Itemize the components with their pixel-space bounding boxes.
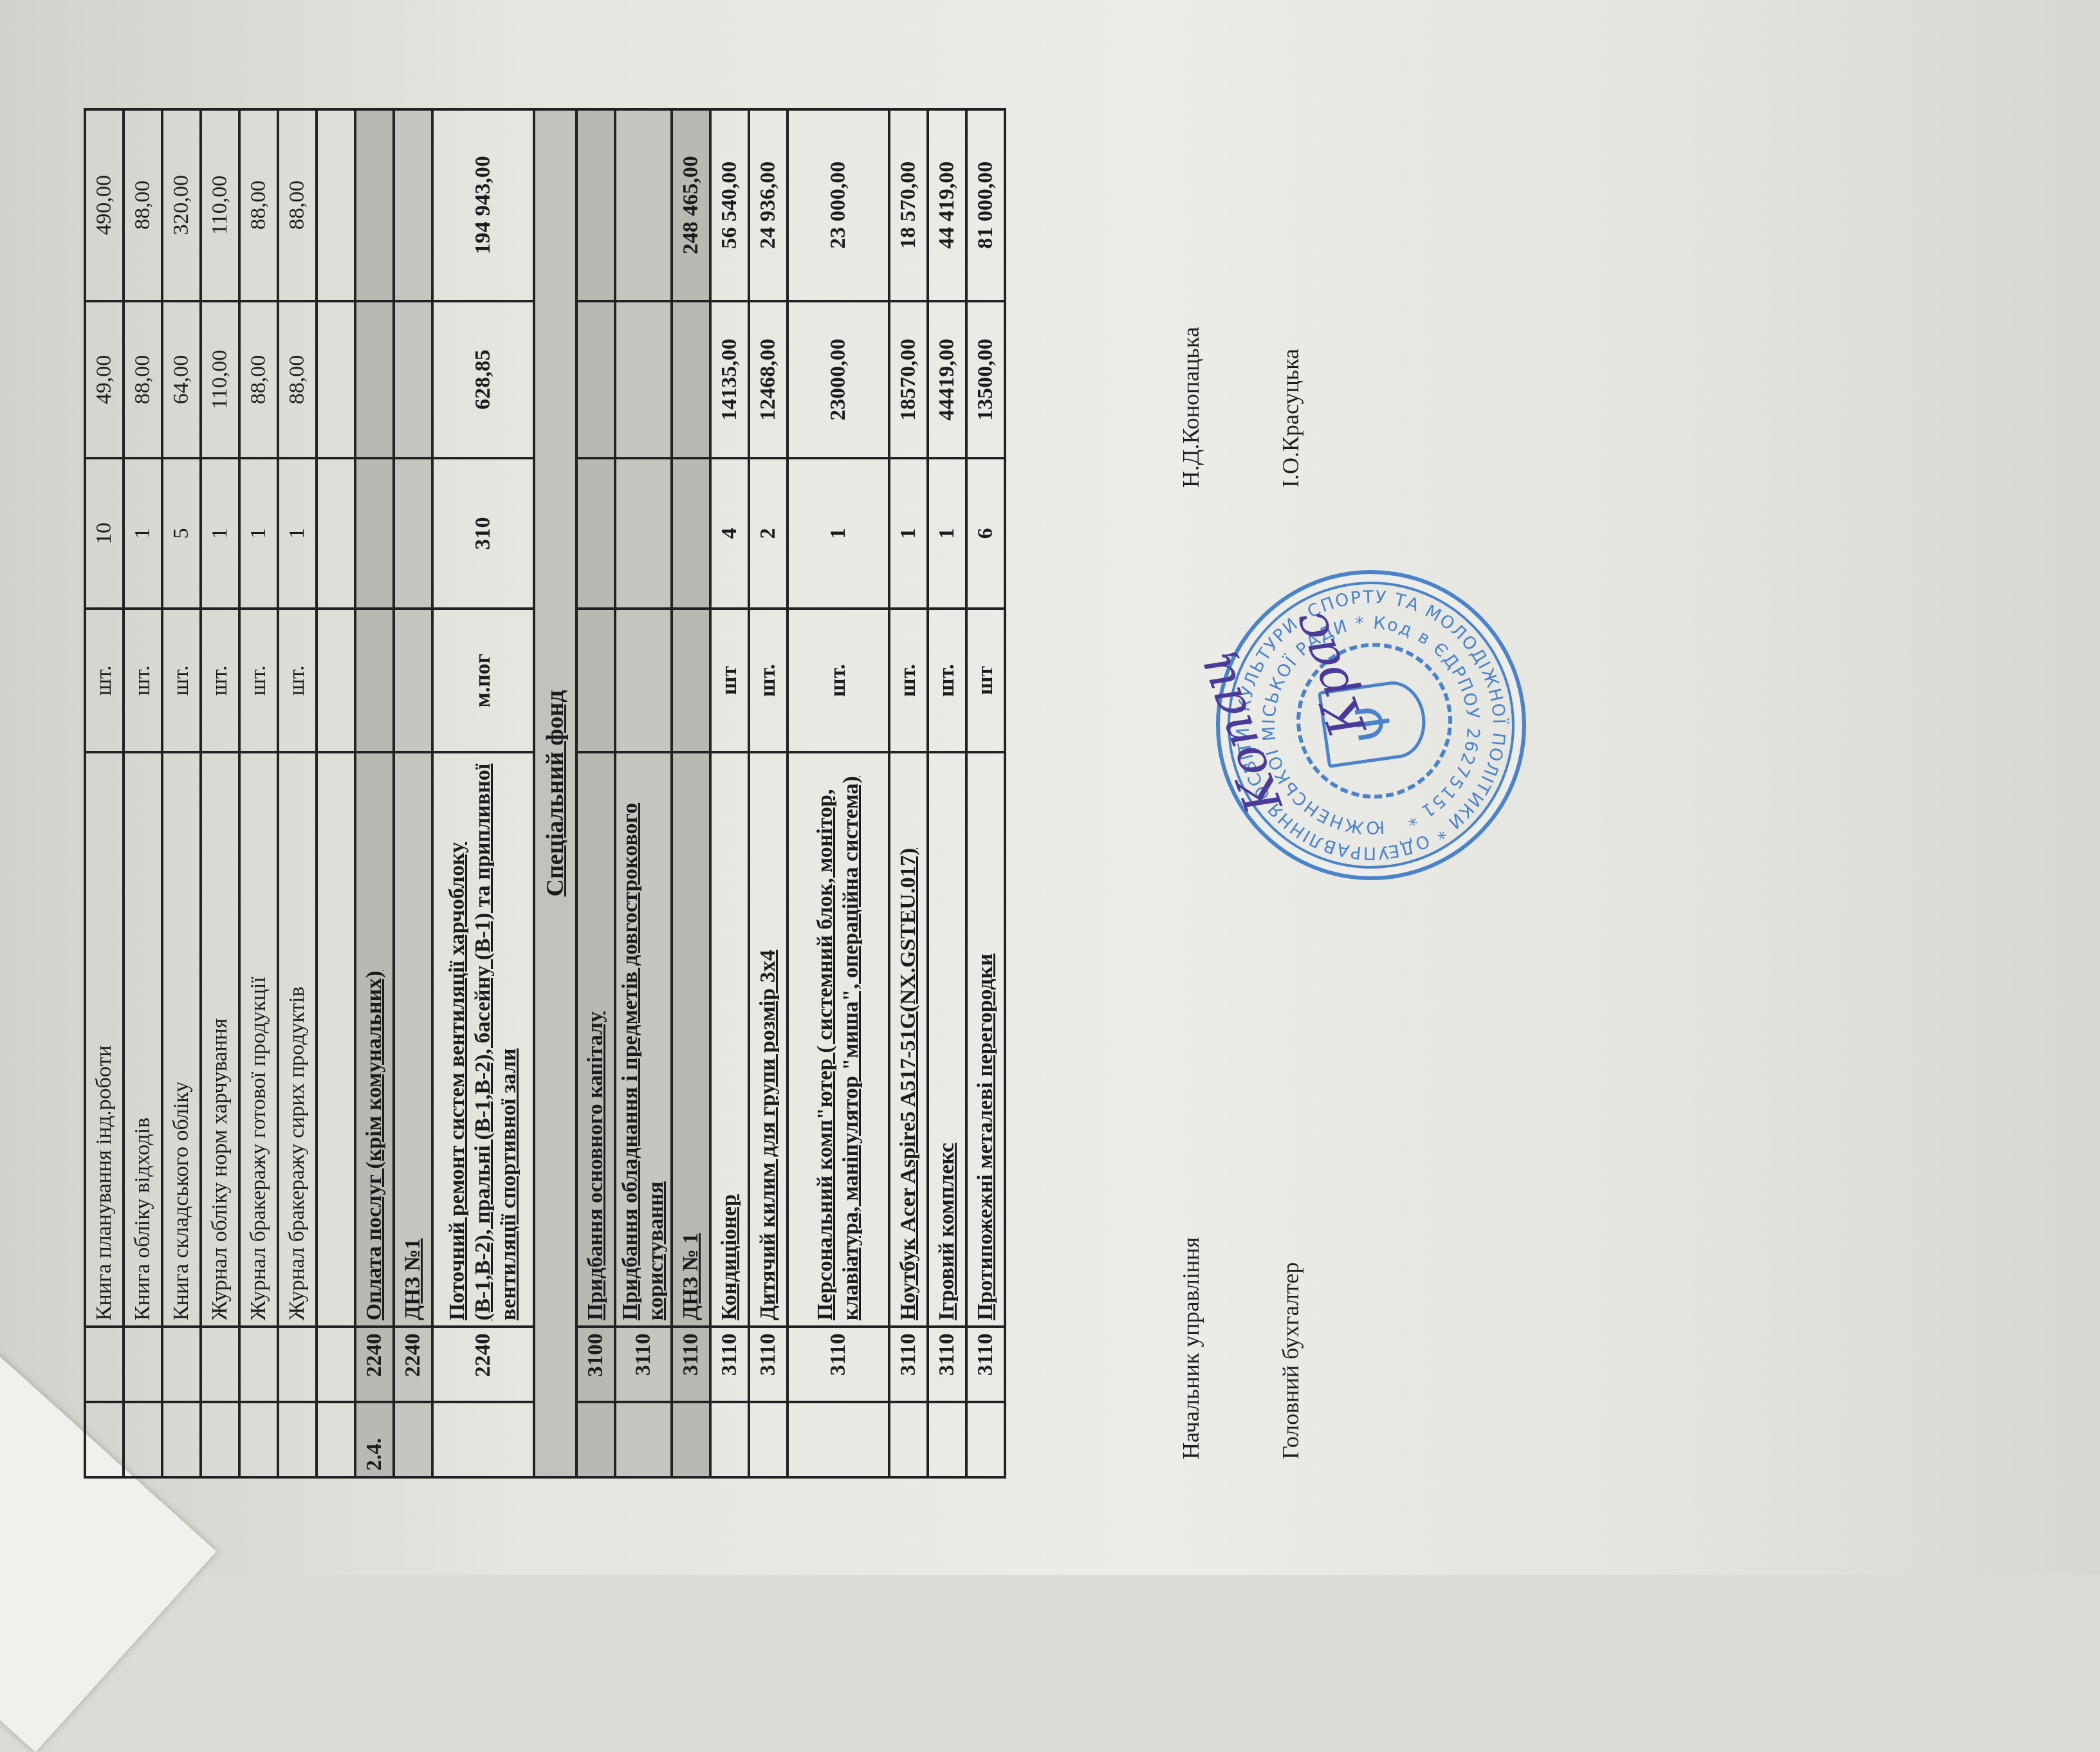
cell-quantity: 10 [85, 458, 124, 609]
cell-unit: шт. [787, 609, 889, 752]
cell-unit: шт [966, 609, 1005, 752]
cell-sum: 81 000,00 [966, 109, 1005, 301]
accountant-title: Головний бухгалтер [1277, 1262, 1304, 1459]
cell-index [394, 1402, 432, 1477]
cell-sum: 88,00 [239, 109, 278, 301]
cell-unit: шт. [889, 609, 928, 752]
cell-index [966, 1402, 1005, 1477]
cell-sum: 88,00 [124, 109, 162, 301]
cell-price: 88,00 [278, 301, 317, 458]
cell-kekv-code: 3110 [749, 1327, 787, 1402]
cell-index [615, 1402, 672, 1477]
cell-unit: шт. [162, 609, 201, 752]
cell-kekv-code [162, 1327, 201, 1402]
cell-index [889, 1402, 928, 1477]
cell-quantity: 1 [928, 458, 966, 609]
table-row: 3110Дитячий килим для групи розмір 3х4шт… [749, 109, 787, 1477]
cell-unit: шт. [749, 609, 787, 752]
cell-price: 12468,00 [749, 301, 787, 458]
head-name: Н.Д.Конопацька [1177, 327, 1204, 488]
cell-index [317, 1402, 355, 1477]
table-row: 3110Ігровий комплексшт.144419,0044 419,0… [928, 109, 966, 1477]
cell-quantity: 4 [710, 458, 749, 609]
table-row: Книга обліку відходівшт.188,0088,00 [124, 109, 162, 1477]
accountant-name: І.О.Красуцька [1277, 349, 1304, 488]
cell-item-name: Персональний комп"ютер ( системний блок,… [787, 752, 889, 1327]
cell-item-name: Протипожежні металеві перегородки [966, 752, 1005, 1327]
cell-index [124, 1402, 162, 1477]
cell-index [576, 1402, 615, 1477]
table-row: 3110Придбання обладнання і предметів дов… [615, 109, 672, 1477]
cell-kekv-code: 3110 [966, 1327, 1005, 1402]
cell-unit: шт. [928, 609, 966, 752]
special-fund-header: Спеціальний фонд [534, 109, 576, 1477]
cell-price [672, 301, 710, 458]
table-row: Журнал бракеражу готової продукціїшт.188… [239, 109, 278, 1477]
cell-unit: шт. [278, 609, 317, 752]
cell-quantity: 1 [201, 458, 239, 609]
cell-item-name: Журнал обліку норм харчування [201, 752, 239, 1327]
table-row: 2240ДНЗ №1 [394, 109, 432, 1477]
cell-index [239, 1402, 278, 1477]
table-row [317, 109, 355, 1477]
cell-price: 49,00 [85, 301, 124, 458]
cell-sum: 194 943,00 [432, 109, 534, 301]
table-row: Журнал обліку норм харчуванняшт.1110,001… [201, 109, 239, 1477]
table-row: 3100Придбання основного капіталу [576, 109, 615, 1477]
cell-quantity [394, 458, 432, 609]
cell-item-name: Кондиціонер [710, 752, 749, 1327]
cell-sum: 18 570,00 [889, 109, 928, 301]
table-row: 3110Ноутбук Acer Aspire5 A517-51G(NX.GST… [889, 109, 928, 1477]
cell-index [928, 1402, 966, 1477]
cell-price: 88,00 [239, 301, 278, 458]
cell-price: 110,00 [201, 301, 239, 458]
budget-table: Книга планування інд.роботишт.1049,00490… [84, 108, 1006, 1479]
cell-unit: шт. [239, 609, 278, 752]
cell-quantity: 1 [124, 458, 162, 609]
cell-unit [317, 609, 355, 752]
table-row: 3110ДНЗ № 1248 465,00 [672, 109, 710, 1477]
cell-quantity [355, 458, 394, 609]
cell-item-name: Книга планування інд.роботи [85, 752, 124, 1327]
cell-kekv-code: 3110 [889, 1327, 928, 1402]
cell-item-name: Дитячий килим для групи розмір 3х4 [749, 752, 787, 1327]
cell-item-name: ДНЗ №1 [394, 752, 432, 1327]
table-row: 2.4.2240Оплата послуг (крім комунальних) [355, 109, 394, 1477]
cell-item-name: Поточний ремонт систем вентиляції харчоб… [432, 752, 534, 1327]
head-title: Начальник управління [1177, 1237, 1204, 1459]
cell-index [710, 1402, 749, 1477]
cell-price: 64,00 [162, 301, 201, 458]
cell-item-name: ДНЗ № 1 [672, 752, 710, 1327]
cell-price: 23000,00 [787, 301, 889, 458]
cell-quantity: 310 [432, 458, 534, 609]
cell-index [672, 1402, 710, 1477]
cell-price [576, 301, 615, 458]
cell-quantity: 2 [749, 458, 787, 609]
cell-kekv-code [85, 1327, 124, 1402]
cell-sum: 56 540,00 [710, 109, 749, 301]
cell-index [278, 1402, 317, 1477]
cell-price [615, 301, 672, 458]
cell-kekv-code: 2240 [432, 1327, 534, 1402]
cell-sum: 490,00 [85, 109, 124, 301]
cell-index [749, 1402, 787, 1477]
special-fund-title: Спеціальний фонд [534, 109, 576, 1477]
cell-kekv-code [239, 1327, 278, 1402]
cell-sum [576, 109, 615, 301]
cell-kekv-code: 2240 [394, 1327, 432, 1402]
cell-kekv-code: 3110 [672, 1327, 710, 1402]
cell-quantity: 1 [889, 458, 928, 609]
cell-kekv-code [317, 1327, 355, 1402]
cell-unit: м.пог [432, 609, 534, 752]
table-row: 2240Поточний ремонт систем вентиляції ха… [432, 109, 534, 1477]
cell-index [162, 1402, 201, 1477]
cell-quantity: 6 [966, 458, 1005, 609]
cell-kekv-code: 3110 [615, 1327, 672, 1402]
cell-unit [355, 609, 394, 752]
cell-unit: шт. [124, 609, 162, 752]
cell-kekv-code: 3110 [928, 1327, 966, 1402]
cell-unit: шт [710, 609, 749, 752]
cell-item-name: Ігровий комплекс [928, 752, 966, 1327]
cell-kekv-code: 3100 [576, 1327, 615, 1402]
cell-kekv-code [201, 1327, 239, 1402]
cell-item-name: Книга складського обліку [162, 752, 201, 1327]
cell-quantity: 1 [787, 458, 889, 609]
document-page: Книга планування інд.роботишт.1049,00490… [0, 0, 2100, 1575]
cell-index [432, 1402, 534, 1477]
cell-index [787, 1402, 889, 1477]
cell-item-name: Книга обліку відходів [124, 752, 162, 1327]
cell-item-name: Ноутбук Acer Aspire5 A517-51G(NX.GSTEU.0… [889, 752, 928, 1327]
cell-quantity [615, 458, 672, 609]
cell-item-name: Журнал бракеражу сирих продуктів [278, 752, 317, 1327]
cell-sum [615, 109, 672, 301]
cell-sum: 110,00 [201, 109, 239, 301]
cell-item-name: Придбання основного капіталу [576, 752, 615, 1327]
cell-sum: 44 419,00 [928, 109, 966, 301]
cell-price: 18570,00 [889, 301, 928, 458]
cell-sum: 248 465,00 [672, 109, 710, 301]
cell-item-name: Придбання обладнання і предметів довгост… [615, 752, 672, 1327]
cell-item-name [317, 752, 355, 1327]
cell-kekv-code [124, 1327, 162, 1402]
cell-quantity: 5 [162, 458, 201, 609]
cell-sum [317, 109, 355, 301]
cell-item-name: Журнал бракеражу готової продукції [239, 752, 278, 1327]
cell-kekv-code [278, 1327, 317, 1402]
cell-quantity: 1 [239, 458, 278, 609]
table-row: 3110Протипожежні металеві перегородкишт6… [966, 109, 1005, 1477]
table-row: Книга складського облікушт.564,00320,00 [162, 109, 201, 1477]
cell-price [355, 301, 394, 458]
cell-unit [615, 609, 672, 752]
cell-sum: 88,00 [278, 109, 317, 301]
cell-price: 88,00 [124, 301, 162, 458]
cell-sum: 320,00 [162, 109, 201, 301]
cell-unit: шт. [85, 609, 124, 752]
cell-sum: 23 000,00 [787, 109, 889, 301]
cell-index [201, 1402, 239, 1477]
table-row: Книга планування інд.роботишт.1049,00490… [85, 109, 124, 1477]
table-row: 3110Кондиціонершт414135,0056 540,00 [710, 109, 749, 1477]
cell-price [317, 301, 355, 458]
cell-index [85, 1402, 124, 1477]
cell-unit [672, 609, 710, 752]
table-row: Журнал бракеражу сирих продуктівшт.188,0… [278, 109, 317, 1477]
cell-unit [576, 609, 615, 752]
cell-kekv-code: 3110 [787, 1327, 889, 1402]
cell-quantity: 1 [278, 458, 317, 609]
cell-unit: шт. [201, 609, 239, 752]
cell-price: 628,85 [432, 301, 534, 458]
cell-kekv-code: 2240 [355, 1327, 394, 1402]
cell-price: 13500,00 [966, 301, 1005, 458]
cell-quantity [317, 458, 355, 609]
cell-sum [394, 109, 432, 301]
cell-price: 44419,00 [928, 301, 966, 458]
table-row: 3110Персональний комп"ютер ( системний б… [787, 109, 889, 1477]
cell-kekv-code: 3110 [710, 1327, 749, 1402]
cell-unit [394, 609, 432, 752]
cell-quantity [576, 458, 615, 609]
cell-sum [355, 109, 394, 301]
cell-index: 2.4. [355, 1402, 394, 1477]
cell-price [394, 301, 432, 458]
cell-quantity [672, 458, 710, 609]
cell-item-name: Оплата послуг (крім комунальних) [355, 752, 394, 1327]
cell-sum: 24 936,00 [749, 109, 787, 301]
cell-price: 14135,00 [710, 301, 749, 458]
